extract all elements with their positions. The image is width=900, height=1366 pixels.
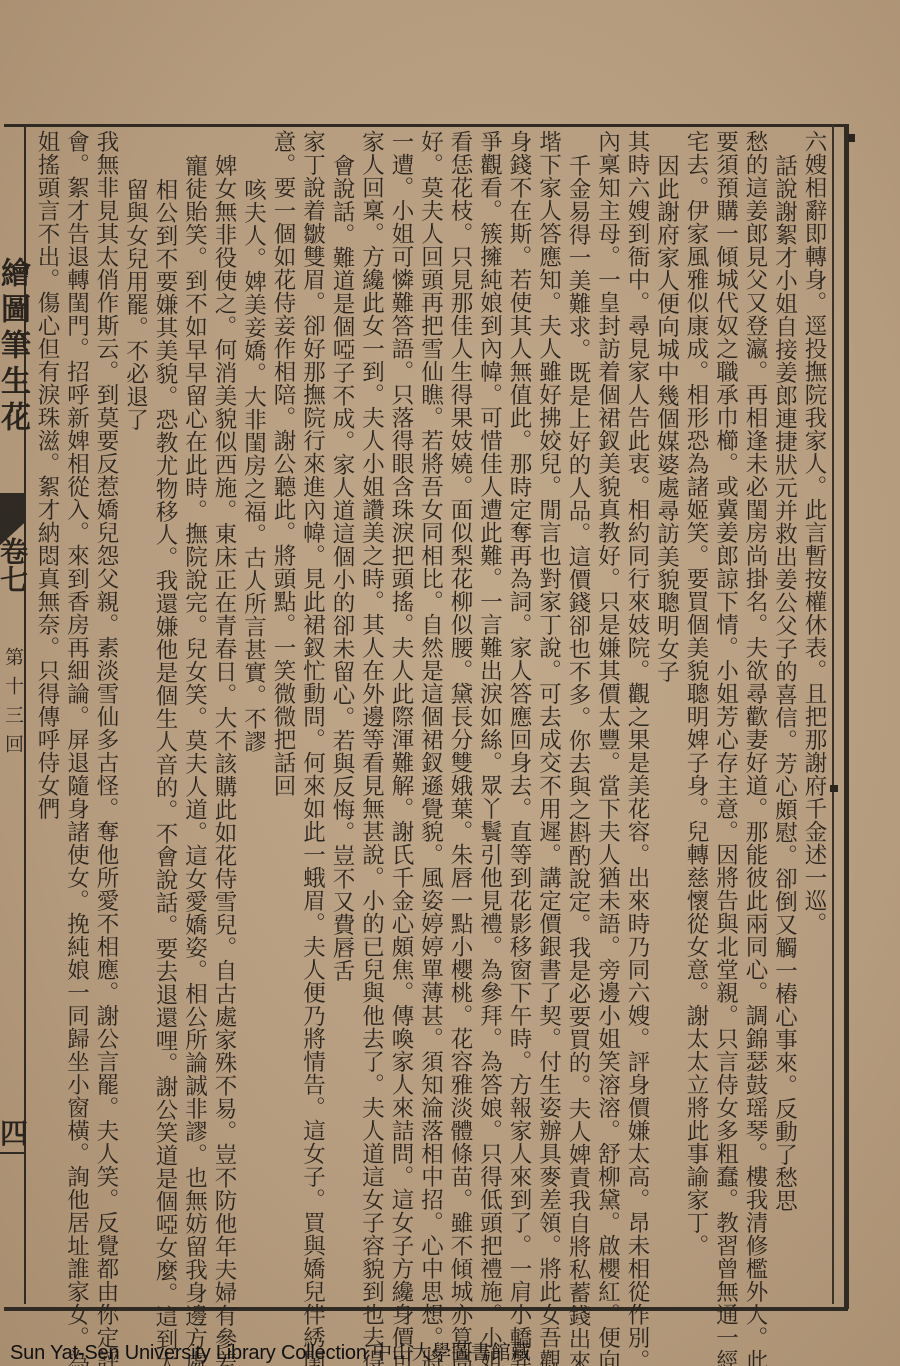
text-column: 堦下家人答應知。夫人雖好拂姣兒。閒言也對家丁說。可去成交不用遲。講定價銀書了契。… (533, 130, 563, 1300)
text-column: 意。要一個如花侍妾作相陪。謝公聽此。將頭點。一笑微微把話回 (268, 130, 298, 1300)
text-column: 一遭。小姐可憐難答語。只落得眼含珠淚把頭搖。夫人此際渾難解。謝氏千金心頗焦。傳喚… (386, 130, 416, 1300)
text-column: 千金易得一美難求。既是上好的人品。這價錢卻也不多。你去與之斟酌說定。我是必要買的… (563, 130, 593, 1300)
page-number: 四 (0, 1112, 24, 1154)
text-column: 寵徒貽笑。到不如早早留心在此時。撫院說完。兒女笑。莫夫人道。這女愛嬌姿。相公所論… (179, 130, 209, 1300)
fishtail-mark-icon (0, 493, 24, 523)
margin-band: 繪圖筆生花 卷七 第十三回 四 (0, 127, 24, 1304)
text-column: 話說謝絮才小姐自接姜郎連捷狀元并救出姜公父子的喜信。芳心頗慰。卻倒又觸一樁心事來… (769, 130, 799, 1300)
text-column: 家人回稟。方纔此女一到。夫人小姐讚美之時。其人在外邊等看見無甚說。小的已兒與他去… (356, 130, 386, 1300)
chapter-label: 第十三回 (2, 647, 24, 763)
text-column: 其時六嫂到衙中。尋見家人告此衷。相約同行來妓院。觀之果是美花容。出來時乃同六嫂。… (622, 130, 652, 1300)
scanned-book-page: 繪圖筆生花 卷七 第十三回 四 六嫂相辭即轉身。逕投撫院我家人。此言暫按權休表。… (0, 0, 900, 1366)
text-column: 我無非見其太俏作斯云。到莫要反惹嬌兒怨父親。素淡雪仙多古怪。奪他所愛不相應。謝公… (91, 130, 121, 1300)
text-column: 姐搖頭言不出。傷心但有淚珠滋。絮才納悶真無奈。只得傳呼侍女們 (32, 130, 62, 1300)
text-column: 婢女無非役使之。何消美貌似西施。東床正在青春日。大不該購此如花侍雪兒。自古處家殊… (209, 130, 239, 1300)
text-column: 因此謝府家人便向城中幾個媒婆處尋訪美貌聰明女子 (651, 130, 681, 1300)
volume-label: 卷七 (0, 537, 24, 593)
text-column: 好。莫夫人回頭再把雪仙瞧。若將吾女同相比。自然是這個裙釵遜覺貌。風姿婷婷單薄甚。… (415, 130, 445, 1300)
text-column: 身錢不在斯。若使其人無值此。那時定奪再為詞。家人答應回身去。直等到花影移窗下午時… (504, 130, 534, 1300)
text-column: 留與女兒用罷。不必退了 (120, 130, 150, 1300)
vertical-text-body: 六嫂相辭即轉身。逕投撫院我家人。此言暫按權休表。且把那謝府千金述一巡。話說謝絮才… (28, 130, 828, 1300)
text-column: 宅去。伊家風雅似康成。相形恐為諸姬笑。要買個美貌聰明婢子身。兒轉慈懷從女意。謝太… (681, 130, 711, 1300)
text-column: 會。絮才告退轉閨門。招呼新婢相從入。來到香房再細論。屏退隨身諸使女。挽純娘一同歸… (61, 130, 91, 1300)
ink-blot-mark (830, 785, 838, 792)
ink-blot-mark (848, 134, 855, 142)
inner-right-border (832, 124, 834, 1304)
text-column: 相公到不要嫌其美貌。恐教尤物移人。我還嫌他是個生人音的。不會說話。要去退還哩。謝… (150, 130, 180, 1300)
text-column: 看恁花枝。只見那佳人生得果妓嬈。面似梨花柳似腰。黛長分雙娥葉。朱唇一點小櫻桃。花… (445, 130, 475, 1300)
text-column: 六嫂相辭即轉身。逕投撫院我家人。此言暫按權休表。且把那謝府千金述一巡。 (799, 130, 829, 1300)
text-column: 咳夫人。婢美妾嬌。大非閨房之福。古人所言甚實。不謬 (238, 130, 268, 1300)
library-watermark: Sun Yat-Sen University Library Collectio… (10, 1336, 531, 1365)
book-title: 繪圖筆生花 (0, 257, 24, 437)
text-column: 會說話。難道是個啞子不成。家人道這個小的卻未留心。若與反悔。豈不又費唇舌 (327, 130, 357, 1300)
text-column: 要須預購一傾城代奴之職承巾櫛。或冀姜郎諒下情。小姐芳心存主意。因將告與北堂親。只… (710, 130, 740, 1300)
text-column: 爭觀看。簇擁純娘到內幃。可惜佳人遭此難。一言難出淚如絲。眾丫鬟引他見禮。為參拜。… (474, 130, 504, 1300)
text-column: 家丁說着皺雙眉。卻好那撫院行來進內幃。見此裙釵忙動問。何來如此一蛾眉。夫人便乃將… (297, 130, 327, 1300)
outer-right-border (844, 124, 849, 1309)
text-column: 內稟知主母。一皇封訪着個裙釵美貌真教好。只是嫌其價太豐。當下夫人猶未語。旁邊小姐… (592, 130, 622, 1300)
text-column: 愁的這姜郎見父又登瀛。再相逢未必閨房尚掛名。夫欲尋歡妻好道。那能彼此兩同心。調錦… (740, 130, 770, 1300)
